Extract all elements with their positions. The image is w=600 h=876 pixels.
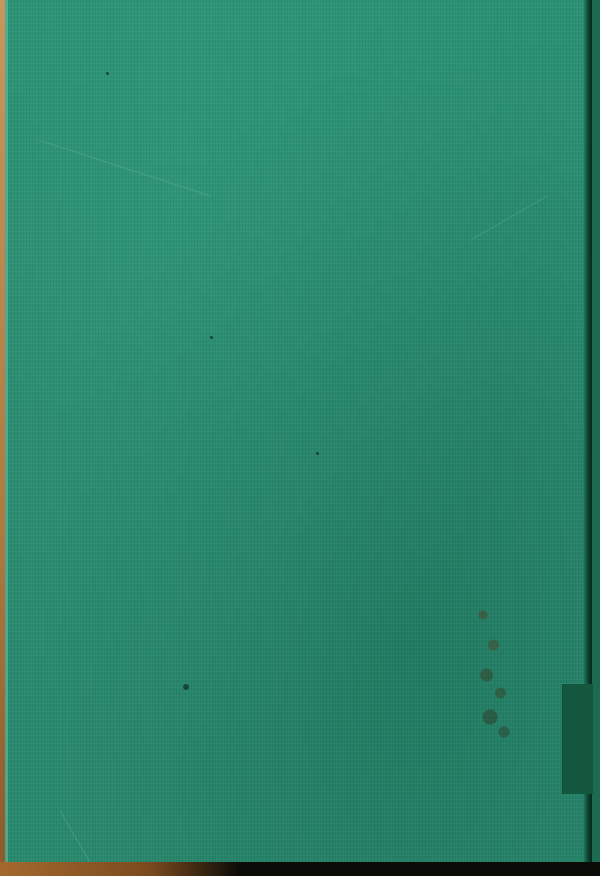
speck: [316, 452, 319, 455]
speck: [183, 684, 189, 690]
page-edge-bottom: [0, 862, 600, 876]
speck: [106, 72, 109, 75]
stain-mark: [462, 600, 532, 750]
library-label-patch: [562, 684, 593, 794]
speck: [210, 336, 213, 339]
spine-strip: [592, 0, 600, 864]
cover-edge-highlight: [5, 0, 8, 864]
